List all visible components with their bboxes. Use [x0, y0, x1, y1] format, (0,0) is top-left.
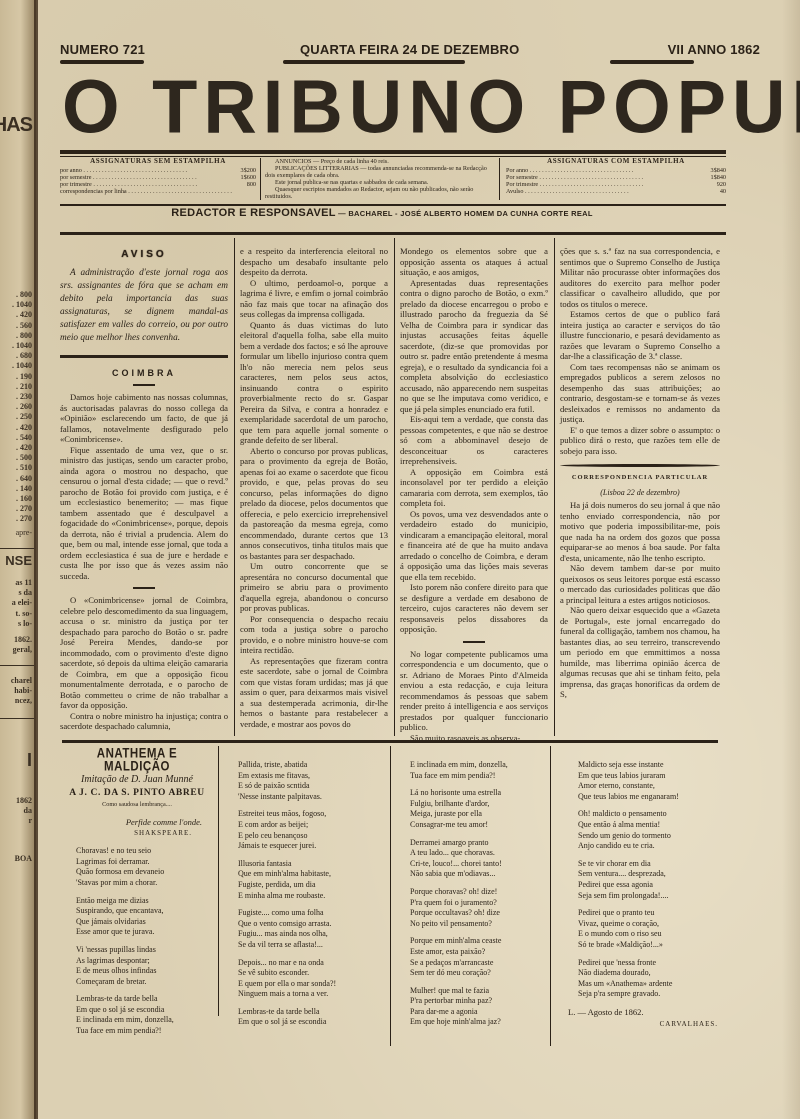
poem-subtitle: Imitação de D. Juan Munné	[62, 775, 212, 786]
column-divider	[554, 238, 555, 736]
poem-stanza: Illusoria fantasiaQue em minh'alma habit…	[238, 859, 388, 901]
price-value: 3$200	[234, 167, 256, 174]
editor-line: REDACTOR E RESPONSAVEL — BACHAREL - JOSÉ…	[38, 207, 726, 219]
section-heading: ASSIGNATURAS SEM ESTAMPILHA	[60, 158, 256, 165]
poem-line: Lagrimas foi derramar.	[76, 857, 212, 868]
adjacent-line: . 1040	[12, 300, 32, 310]
poem-line: Cri-te, louco!... chorei tanto!	[410, 859, 550, 870]
adjacent-line: . 1040	[12, 361, 32, 371]
adjacent-line: geral,	[13, 645, 32, 655]
price-value: 1$840	[704, 174, 726, 181]
poem-line: Sem ventura.... desprezada,	[578, 869, 718, 880]
adjacent-line: a elei-	[12, 598, 32, 608]
poem-line: Illusoria fantasia	[238, 859, 388, 870]
paragraph: Fique assentado de uma vez, que o sr. mi…	[60, 445, 228, 582]
paragraph: Quanto ás duas victimas do luto eleitora…	[240, 320, 388, 446]
poem-line: Em que o sol já se escondia	[76, 1005, 212, 1016]
adjacent-line: da	[16, 806, 32, 816]
adjacent-line: s lo-	[12, 619, 32, 629]
adjacent-line: . 210	[12, 382, 32, 392]
poem-stanza: Maldicto seja esse instanteEm que teus l…	[578, 760, 718, 802]
poem-line: Tua face em mim pendia?!	[410, 771, 550, 782]
poem-stanza: Então meiga me diziasSuspirando, que enc…	[76, 896, 212, 938]
rule	[60, 204, 726, 206]
poem-title: ANATHEMA E MALDIÇÃO	[62, 748, 212, 773]
paragraph: Com taes recompensas não se animam os em…	[560, 362, 720, 425]
poem-line: Porque em minh'alma ceaste	[410, 936, 550, 947]
notice: Este jornal publica-se nas quartas e sab…	[265, 179, 495, 186]
poem-line: E só de paixão scntida	[238, 781, 388, 792]
newspaper-page: NUMERO 721 QUARTA FEIRA 24 DE DEZEMBRO V…	[38, 0, 800, 1119]
column-divider	[218, 746, 219, 1016]
poem-line: Porque occultavas? oh! dize	[410, 908, 550, 919]
poem-place-date: L. — Agosto de 1862.	[568, 1007, 718, 1018]
poem-line: Lá no horisonte uma estrella	[410, 788, 550, 799]
paragraph: Os povos, uma vez desvendados ante o ver…	[400, 509, 548, 583]
poem-stanza: Estreitei teus mãos, fogoso,E com ardor …	[238, 809, 388, 851]
paragraph: Contra o nobre ministro ha injustiça; co…	[60, 711, 228, 732]
masthead-rule	[60, 150, 726, 154]
column-divider	[390, 746, 391, 1046]
price-label: Por anno	[506, 167, 704, 174]
poem-line: Mas um «Anathema» ardente	[578, 979, 718, 990]
adjacent-line: as 11	[12, 578, 32, 588]
poem-line: Derramei amargo pranto	[410, 838, 550, 849]
epigraph: Perfide comme l'onde. SHAKSPEARE.	[62, 817, 212, 838]
adjacent-line: . 260	[12, 402, 32, 412]
poem-line: E pelo ceu benançoso	[238, 831, 388, 842]
poem-line: Meiga, juraste por ella	[410, 809, 550, 820]
poem-stanza: Pedirei que o pranto teuVivaz, queime o …	[578, 908, 718, 950]
adjacent-text-b: 1862.geral,	[13, 635, 32, 655]
masthead-title: O TRIBUNO POPULAR	[62, 71, 742, 142]
article-column-3: Mondego os elementos sobre que a opposiç…	[400, 246, 548, 743]
poem-line: Fugiu... mas ainda nos olha,	[238, 929, 388, 940]
price-value: 800	[234, 181, 256, 188]
poem-line: Esse amor que te jurava.	[76, 927, 212, 938]
paragraph: Um outro concorrente que se apresentára …	[240, 561, 388, 614]
price-value: 920	[704, 181, 726, 188]
paragraph: Não quero deixar esquecido que a «Gazeta…	[560, 605, 720, 700]
poem-line: E o mundo com o riso seu	[578, 929, 718, 940]
ornament	[463, 641, 485, 643]
poem-line: Lembras-te da tarde bella	[76, 994, 212, 1005]
poem-note: Como saudosa lembrança....	[62, 800, 212, 811]
paragraph: E' o que temos a dizer sobre o assumpto:…	[560, 425, 720, 457]
poem-line: Tua face em mim pendia?!	[76, 1026, 212, 1037]
subscription-info: ASSIGNATURAS SEM ESTAMPILHA por anno3$20…	[60, 158, 726, 202]
poem-line: Anjo candido eu te cria.	[578, 841, 718, 852]
poem-line: Só te brade «Maldição!...»	[578, 940, 718, 951]
adjacent-page-strip: HAS . 800. 1040. 420. 560. 800. 1040. 68…	[0, 0, 36, 1119]
poem-stanzas: Choravas! e no teu seioLagrimas foi derr…	[62, 846, 212, 1037]
poem-column-1: ANATHEMA E MALDIÇÃO Imitação de D. Juan …	[62, 750, 212, 1044]
poem-line: Em extasis me fitavas,	[238, 771, 388, 782]
paragraph: ções que s. s.ª faz na sua correspondenc…	[560, 246, 720, 309]
paragraph: Apresentadas duas representações contra …	[400, 278, 548, 415]
poem-line: Se da vil terra se aflasta!...	[238, 940, 388, 951]
poem-line: Sendo um genio do tormento	[578, 831, 718, 842]
poem-line: Suspirando, que encantava,	[76, 906, 212, 917]
poem-line: E de meus olhos infindas	[76, 966, 212, 977]
poem-stanza: Vi 'nessas pupillas lindasAs lagrimas de…	[76, 945, 212, 987]
poem-line: Fugiste, perdida, um dia	[238, 880, 388, 891]
paragraph: A opposição em Coimbra está inconsolavel…	[400, 467, 548, 509]
price-value: 3$840	[704, 167, 726, 174]
poem-stanza: Porque choravas? oh! dize!P'ra quem foi …	[410, 887, 550, 929]
poem-stanza: Porque em minh'alma ceasteEste amor, est…	[410, 936, 550, 978]
poem-line: Que então á alma mentia!	[578, 820, 718, 831]
poem-line: Se te vir chorar em dia	[578, 859, 718, 870]
notice-title: AVISO	[60, 250, 228, 261]
column-divider	[550, 746, 551, 1046]
paragraph: Aberto o concurso por provas publicas, p…	[240, 446, 388, 562]
paragraph: As representações que fizeram contra est…	[240, 656, 388, 730]
poem-line: Choravas! e no teu seio	[76, 846, 212, 857]
adjacent-line: . 420	[12, 443, 32, 453]
article-column-2: e a respeito da interferencia eleitoral …	[240, 246, 388, 729]
poem-line: A teu lado... que choravas.	[410, 848, 550, 859]
adjacent-text: apre-	[16, 528, 32, 538]
adjacent-heading-i: I	[27, 755, 32, 765]
rule	[60, 355, 228, 358]
poem-line: Se vê subito esconder.	[238, 968, 388, 979]
price-label: por anno	[60, 167, 234, 174]
poem-line: P'ra quem foi o juramento?	[410, 898, 550, 909]
poem-signature: L. — Agosto de 1862. CARVALHAES.	[568, 1007, 718, 1030]
poem-line: Oh! maldicto o pensamento	[578, 809, 718, 820]
paragraph: Por consequencia o despacho recaiu com t…	[240, 614, 388, 656]
adjacent-heading: HAS	[0, 120, 32, 130]
adjacent-text-a: as 11s daa elei-t. so-s lo-	[12, 578, 32, 629]
poem-line: Ninguem mais a torna a ver.	[238, 989, 388, 1000]
poem-column-4: Maldicto seja esse instanteEm que teus l…	[568, 760, 718, 1030]
adjacent-line: . 270	[12, 504, 32, 514]
notice-text: A administração d'este jornal roga aos s…	[60, 267, 228, 345]
adjacent-number-list: . 800. 1040. 420. 560. 800. 1040. 680. 1…	[12, 290, 32, 525]
adjacent-line: r	[16, 816, 32, 826]
rule	[60, 232, 726, 235]
poem-stanza: Mulher! que mal te faziaP'ra pertorbar m…	[410, 986, 550, 1028]
adjacent-line: ncez,	[11, 696, 32, 706]
poem-line: Seja p'ra sempre gravado.	[578, 989, 718, 1000]
adjacent-line: . 230	[12, 392, 32, 402]
poem-author: CARVALHAES.	[568, 1019, 718, 1030]
notice: ANNUNCIOS — Preço de cada linha 40 reis.	[265, 158, 495, 165]
adjacent-line: . 1040	[12, 341, 32, 351]
adjacent-line: . 160	[12, 494, 32, 504]
poem-line: Amor eterno, constante,	[578, 781, 718, 792]
poem-line: Lembras-te da tarde bella	[238, 1007, 388, 1018]
poem-line: Começaram de bretar.	[76, 977, 212, 988]
poem-stanza: Fugiste.... como uma folhaQue o vento co…	[238, 908, 388, 950]
poem-line: Fulgiu, brilhante d'ardor,	[410, 799, 550, 810]
poem-stanza: Depois... no mar e na ondaSe vê subito e…	[238, 958, 388, 1000]
poem-line: E com ardor as beijei;	[238, 820, 388, 831]
poem-stanza: E inclinada em mim, donzella,Tua face em…	[410, 760, 550, 781]
poem-line: Que jámais olvidarias	[76, 917, 212, 928]
poem-line: Fugiste.... como uma folha	[238, 908, 388, 919]
notice: PUBLICAÇÕES LITTERARIAS — todas annuncia…	[265, 165, 495, 179]
poem-stanza: Lembras-te da tarde bellaEm que o sol já…	[238, 1007, 388, 1028]
adjacent-line: . 800	[12, 290, 32, 300]
poem-line: E inclinada em mim, donzella,	[410, 760, 550, 771]
correspondence-title: CORRESPONDENCIA PARTICULAR	[560, 473, 720, 484]
poem-line: E minha alma me roubaste.	[238, 891, 388, 902]
poem-stanza: Choravas! e no teu seioLagrimas foi derr…	[76, 846, 212, 888]
adjacent-line: . 680	[12, 351, 32, 361]
poem-header: ANATHEMA E MALDIÇÃO Imitação de D. Juan …	[62, 750, 212, 811]
poem-line: Seja sem fim prolongada!....	[578, 891, 718, 902]
paragraph: Ha já dois numeros do seu jornal á que n…	[560, 500, 720, 563]
adjacent-line: . 270	[12, 514, 32, 524]
poem-line: Sem ter dó meu coração?	[410, 968, 550, 979]
adjacent-heading-nse: NSE	[5, 556, 32, 566]
poem-line: P'ra pertorbar minha paz?	[410, 996, 550, 1007]
poem-stanza: Derramei amargo prantoA teu lado... que …	[410, 838, 550, 880]
paragraph: O ultimo, perdoamol-o, porque a lagrima …	[240, 278, 388, 320]
notice: Quaesquer escriptos mandados ao Redactor…	[265, 186, 495, 200]
adjacent-line: . 560	[12, 321, 32, 331]
paragraph: Estamos certos de que o publico fará int…	[560, 309, 720, 362]
adjacent-line: t. so-	[12, 609, 32, 619]
poem-line: Maldicto seja esse instante	[578, 760, 718, 771]
poem-line: Não sabia que m'odiavas...	[410, 869, 550, 880]
editor-name: — BACHAREL - JOSÉ ALBERTO HOMEM DA CUNHA…	[336, 209, 593, 218]
adjacent-line: . 640	[12, 474, 32, 484]
poem-stanza: Oh! maldicto o pensamentoQue então á alm…	[578, 809, 718, 851]
adjacent-line: . 510	[12, 463, 32, 473]
epigraph-quote: Perfide comme l'onde.	[62, 817, 202, 828]
adjacent-text-e: 1862dar	[16, 796, 32, 827]
poem-line: Em que teus labios juraram	[578, 771, 718, 782]
poem-line: Pallida, triste, abatida	[238, 760, 388, 771]
adjacent-line: . 250	[12, 412, 32, 422]
poem-line: 'Nesse instante palpitavas.	[238, 792, 388, 803]
adjacent-line: . 540	[12, 433, 32, 443]
poem-line: Então meiga me dizias	[76, 896, 212, 907]
price-label: correspondencias por linha	[60, 188, 234, 195]
price-label: por trimestre	[60, 181, 234, 188]
poem-column-2: Pallida, triste, abatidaEm extasis me fi…	[238, 760, 388, 1035]
price-value: 40	[704, 188, 726, 195]
poem-line: Para dar-me a agonia	[410, 1007, 550, 1018]
adjacent-line: 1862	[16, 796, 32, 806]
adjacent-line: . 190	[12, 372, 32, 382]
poem-line: Pedirei que 'nessa fronte	[578, 958, 718, 969]
paragraph: Damos hoje cabimento nas nossas columnas…	[60, 392, 228, 445]
article-column-4: ções que s. s.ª faz na sua correspondenc…	[560, 246, 720, 700]
paragraph: Eis-aqui tem a verdade, que consta das p…	[400, 414, 548, 467]
price-value: 1$600	[234, 174, 256, 181]
poem-line: Jámais te esquecer jurei.	[238, 841, 388, 852]
poem-line: No peito vil pensamento?	[410, 919, 550, 930]
editor-label: REDACTOR E RESPONSAVEL	[171, 207, 336, 219]
adjacent-line: . 800	[12, 331, 32, 341]
poem-line: Este amor, esta paixão?	[410, 947, 550, 958]
poem-line: Depois... no mar e na onda	[238, 958, 388, 969]
ornament	[133, 587, 155, 589]
poem-line: 'Stavas por mim a chorar.	[76, 878, 212, 889]
price-label: por semestre	[60, 174, 234, 181]
issue-line: NUMERO 721 QUARTA FEIRA 24 DE DEZEMBRO V…	[60, 42, 760, 62]
column-divider	[234, 238, 235, 736]
price-value	[234, 188, 256, 195]
poem-stanza: Pedirei que 'nessa fronteNão diadema dou…	[578, 958, 718, 1000]
article-column-1: AVISO A administração d'este jornal roga…	[60, 238, 228, 732]
correspondence-date: (Lisboa 22 de dezembro)	[560, 488, 720, 499]
section-title: COIMBRA	[60, 368, 228, 379]
poem-line: Vivaz, queime o coração,	[578, 919, 718, 930]
adjacent-line: habi-	[11, 686, 32, 696]
poem-rule	[62, 740, 718, 743]
poem-line: Pedirei que essa agonia	[578, 880, 718, 891]
price-label: Por trimestre	[506, 181, 704, 188]
paragraph: No logar competente publicamos uma corre…	[400, 649, 548, 733]
poem-stanza: Lá no horisonte uma estrellaFulgiu, bril…	[410, 788, 550, 830]
adjacent-line: . 140	[12, 484, 32, 494]
poem-line: Não diadema dourado,	[578, 968, 718, 979]
paragraph: Isto porem não confere direito para que …	[400, 582, 548, 635]
paragraph: Não devem tambem dar-se por muito queixo…	[560, 563, 720, 605]
paragraph: Mondego os elementos sobre que a opposiç…	[400, 246, 548, 278]
poem-line: E quem por ella o mar sonda?!	[238, 979, 388, 990]
paragraph: O «Conimbricense» jornal de Coimbra, cel…	[60, 595, 228, 711]
adjacent-line: . 420	[12, 310, 32, 320]
adjacent-text-f: BOA	[15, 854, 32, 864]
page-shadow	[782, 0, 800, 1119]
poem-line: Consagrar-me teu amor!	[410, 820, 550, 831]
adjacent-line: 1862.	[13, 635, 32, 645]
poem-line: Pedirei que o pranto teu	[578, 908, 718, 919]
poem-line: Que em minh'alma habitaste,	[238, 869, 388, 880]
poem-stanza: Lembras-te da tarde bellaEm que o sol já…	[76, 994, 212, 1036]
poem-dedication: A J. C. DA S. PINTO ABREU	[62, 788, 212, 799]
poem-line: Porque choravas? oh! dize!	[410, 887, 550, 898]
paragraph: e a respeito da interferencia eleitoral …	[240, 246, 388, 278]
poem-column-3: E inclinada em mim, donzella,Tua face em…	[410, 760, 550, 1035]
poem-line: As lagrimas despontar;	[76, 956, 212, 967]
poem-line: Se a pedaços m'arrancaste	[410, 958, 550, 969]
notices-block: ANNUNCIOS — Preço de cada linha 40 reis.…	[260, 158, 500, 200]
ornament	[560, 464, 720, 467]
poem-line: Estreitei teus mãos, fogoso,	[238, 809, 388, 820]
poem-line: E inclinada em mim, donzella,	[76, 1015, 212, 1026]
subscriptions-without-stamp: ASSIGNATURAS SEM ESTAMPILHA por anno3$20…	[60, 158, 260, 195]
adjacent-line: charel	[11, 676, 32, 686]
adjacent-line: . 420	[12, 423, 32, 433]
poem-line: Que teus labios me enganaram!	[578, 792, 718, 803]
poem-stanza: Se te vir chorar em diaSem ventura.... d…	[578, 859, 718, 901]
adjacent-text-c: charelhabi-ncez,	[11, 676, 32, 707]
issue-number: NUMERO 721	[60, 42, 145, 57]
poem-line: Vi 'nessas pupillas lindas	[76, 945, 212, 956]
price-label: Por semestre	[506, 174, 704, 181]
poem-stanza: Pallida, triste, abatidaEm extasis me fi…	[238, 760, 388, 802]
poem-line: Quão formosa em devaneio	[76, 867, 212, 878]
poem-line: Que o vento comsigo arrasta.	[238, 919, 388, 930]
divider	[0, 665, 36, 666]
epigraph-author: SHAKSPEARE.	[62, 828, 192, 839]
adjacent-line: . 500	[12, 453, 32, 463]
poem-line: Mulher! que mal te fazia	[410, 986, 550, 997]
price-label: Avulso	[506, 188, 704, 195]
poem-line: Em que o sol já se escondia	[238, 1017, 388, 1028]
section-heading: ASSIGNATURAS COM ESTAMPILHA	[506, 158, 726, 165]
issue-date: QUARTA FEIRA 24 DE DEZEMBRO	[300, 42, 519, 57]
column-divider	[394, 238, 395, 736]
ornament	[133, 384, 155, 386]
adjacent-line: s da	[12, 588, 32, 598]
divider	[0, 718, 36, 719]
poem-line: Em que hoje minh'alma jaz?	[410, 1017, 550, 1028]
subscriptions-with-stamp: ASSIGNATURAS COM ESTAMPILHA Por anno3$84…	[506, 158, 726, 195]
poem-stanzas: Maldicto seja esse instanteEm que teus l…	[568, 760, 718, 1000]
issue-year: VII ANNO 1862	[668, 42, 760, 57]
divider	[0, 548, 36, 549]
